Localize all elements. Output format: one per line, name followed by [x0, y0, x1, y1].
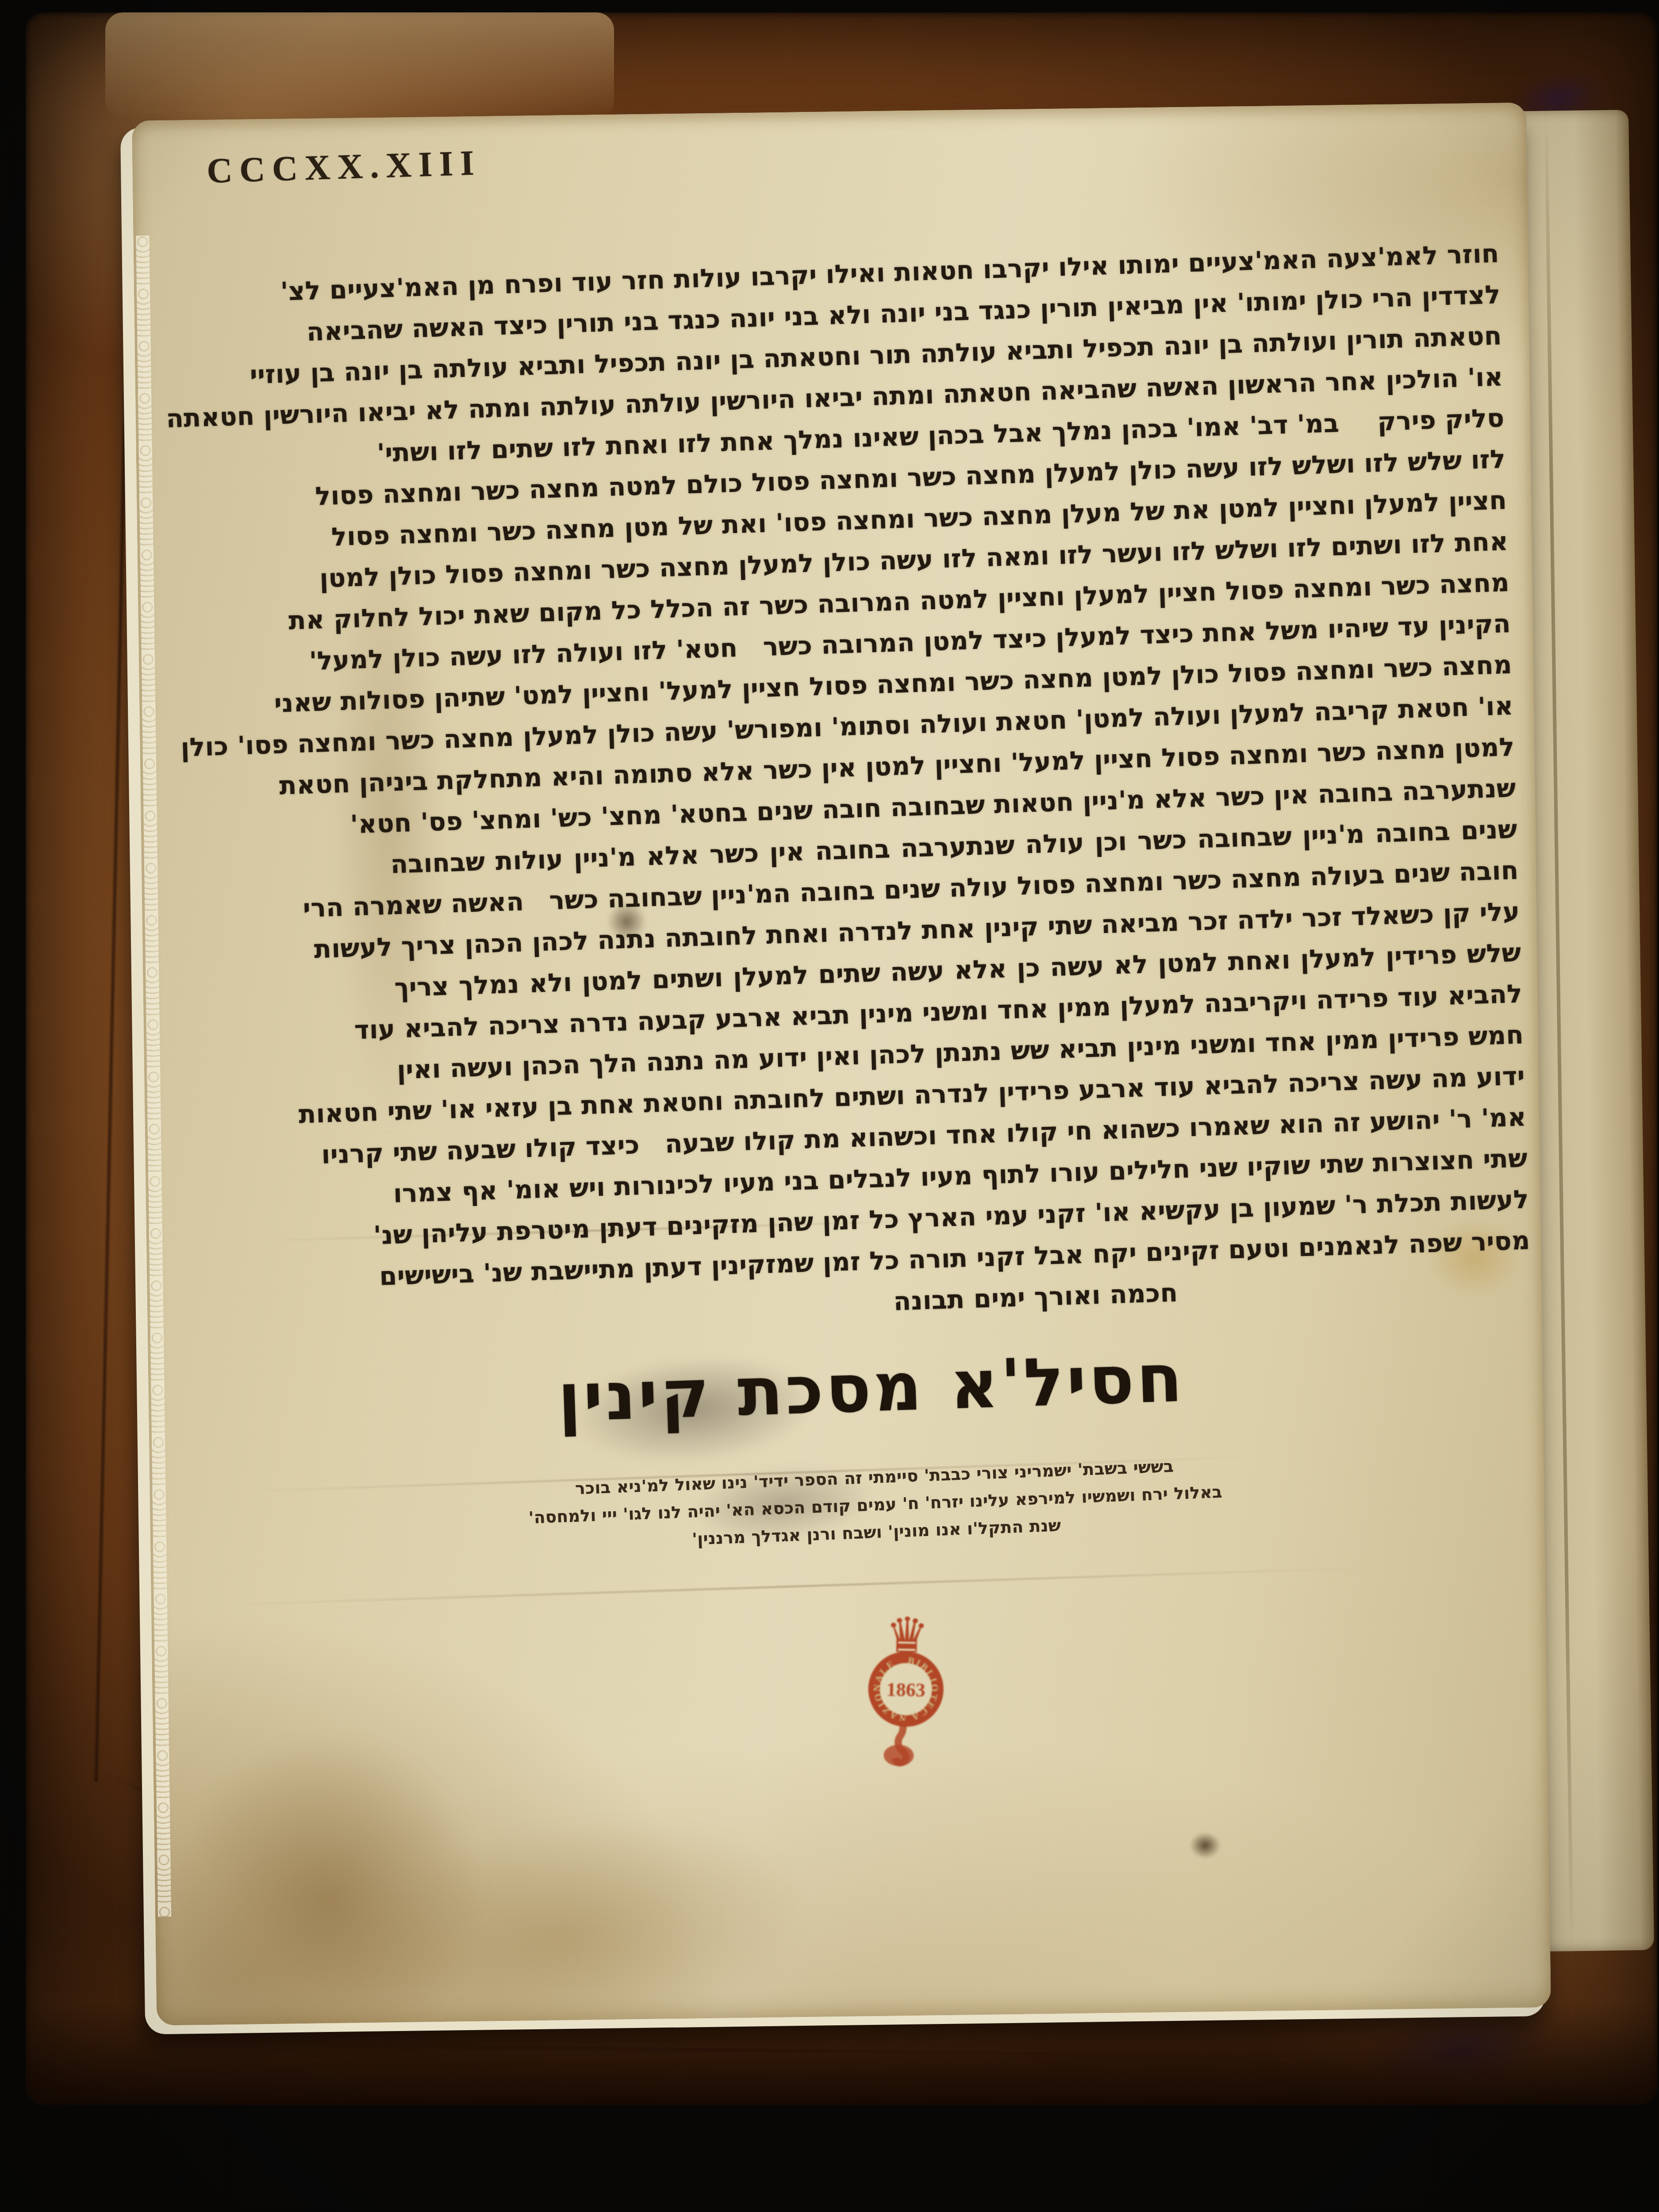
stamp-ink-blot [883, 1744, 914, 1766]
folio-number: CCCXX.XIII [206, 143, 482, 192]
main-text-block: חוזר לאמ'צעה האמ'צעיים ימותו אילו יקרבו … [372, 233, 1532, 1338]
folio-edge-crease [1544, 111, 1574, 1951]
parchment-scratch [218, 1567, 1367, 1606]
stamp-graphic: ♛ BIBLIOTECA NAZIONALE 1863 [858, 1609, 954, 1774]
parchment-spot [1190, 1832, 1221, 1859]
leather-worn-patch [105, 12, 614, 119]
manuscript-page: CCCXX.XIII חוזר לאמ'צעה האמ'צעיים ימותו … [132, 103, 1551, 2026]
stamp-year: 1863 [886, 1678, 926, 1701]
library-stamp: ♛ BIBLIOTECA NAZIONALE 1863 [858, 1609, 954, 1774]
scribal-colophon: בששי בשבת' ישמריני צורי כבבת' סיימתי זה … [396, 1446, 1354, 1564]
photo-stage: CCCXX.XIII חוזר לאמ'צעה האמ'צעיים ימותו … [0, 0, 1659, 2212]
tractate-end-title: חסיל'א מסכת קינין [307, 1332, 1436, 1445]
